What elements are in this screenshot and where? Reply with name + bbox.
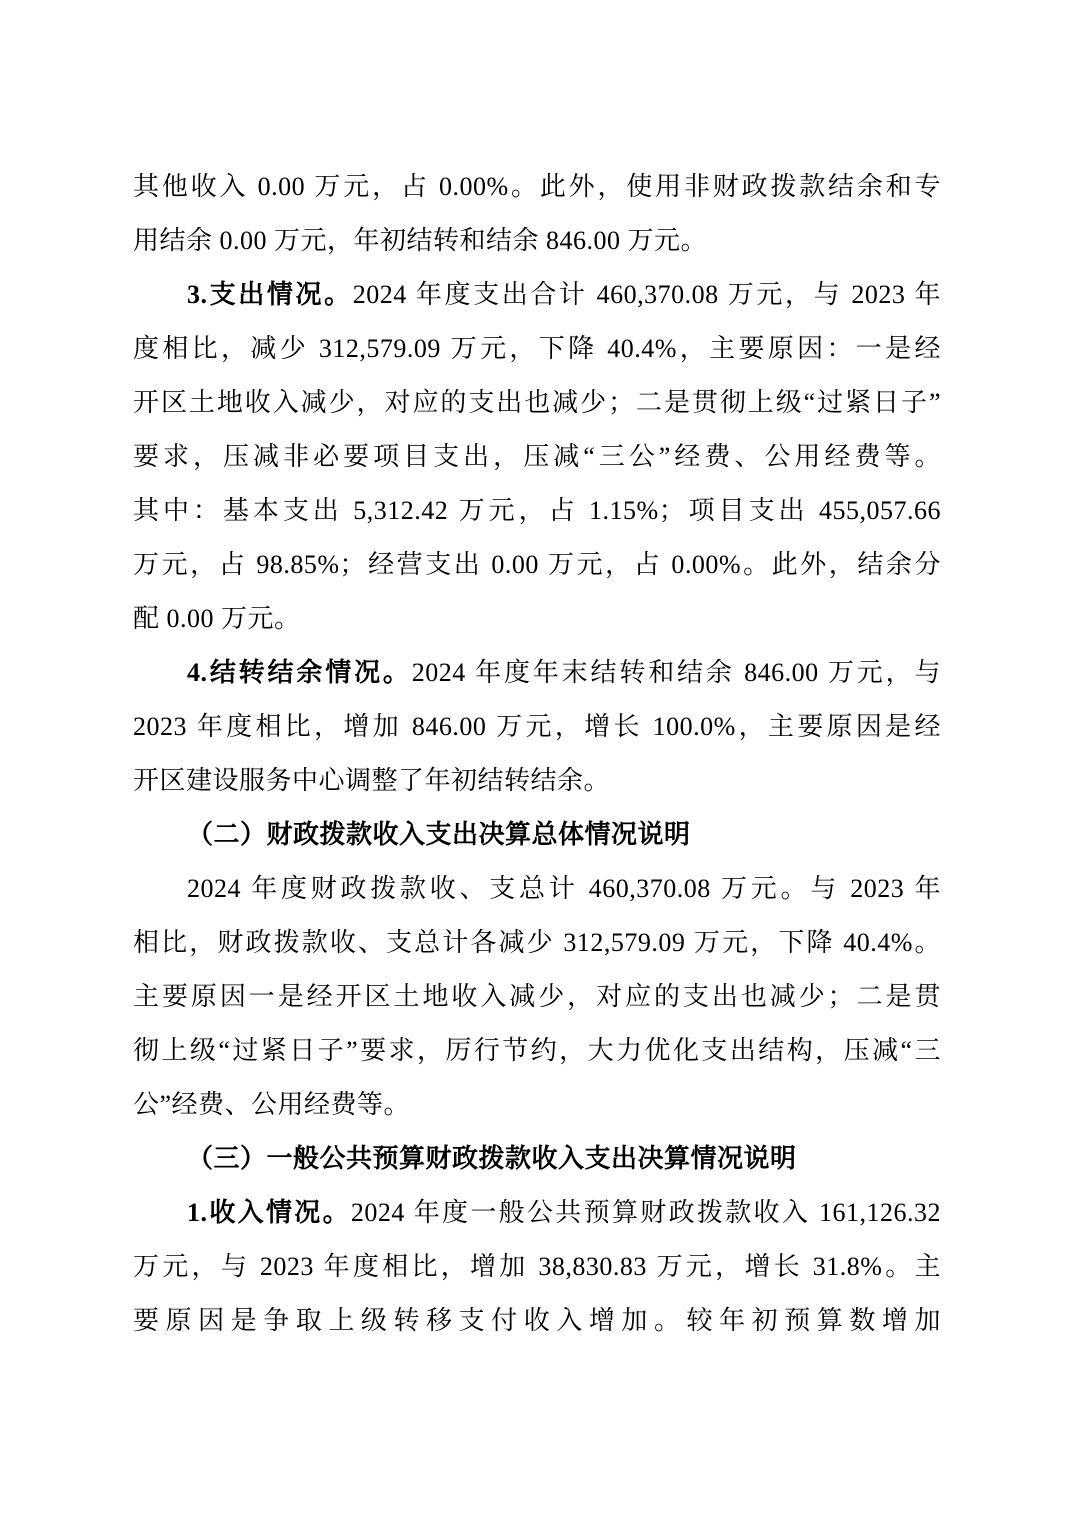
text-line: 要求，压减非必要项目支出，压减“三公”经费、公用经费等。 — [133, 430, 941, 484]
text-run: 要求，压减非必要项目支出，压减“三公”经费、公用经费等。 — [133, 442, 941, 471]
text-line: （二）财政拨款收入支出决算总体情况说明 — [133, 808, 941, 862]
text-run: 2023 年度相比，增加 846.00 万元，增长 100.0%，主要原因是经 — [133, 712, 941, 741]
text-line: 公”经费、公用经费等。 — [133, 1078, 941, 1132]
text-line: （三）一般公共预算财政拨款收入支出决算情况说明 — [133, 1132, 941, 1186]
text-line: 相比，财政拨款收、支总计各减少 312,579.09 万元，下降 40.4%。 — [133, 916, 941, 970]
text-run: 其他收入 0.00 万元，占 0.00%。此外，使用非财政拨款结余和专 — [133, 172, 941, 201]
text-line: 其他收入 0.00 万元，占 0.00%。此外，使用非财政拨款结余和专 — [133, 160, 941, 214]
text-line: 度相比，减少 312,579.09 万元，下降 40.4%，主要原因：一是经 — [133, 322, 941, 376]
text-run: 其中：基本支出 5,312.42 万元，占 1.15%；项目支出 455,057… — [133, 496, 941, 525]
text-line: 2024 年度财政拨款收、支总计 460,370.08 万元。与 2023 年 — [133, 862, 941, 916]
text-run: 2024 年度财政拨款收、支总计 460,370.08 万元。与 2023 年 — [187, 874, 941, 903]
text-run: 2024 年度支出合计 460,370.08 万元，与 2023 年 — [353, 280, 941, 309]
text-run: 2024 年度一般公共预算财政拨款收入 161,126.32 — [351, 1198, 941, 1227]
text-line: 要原因是争取上级转移支付收入增加。较年初预算数增加 — [133, 1294, 941, 1348]
text-line: 其中：基本支出 5,312.42 万元，占 1.15%；项目支出 455,057… — [133, 484, 941, 538]
bold-text-run: 3.支出情况。 — [187, 280, 353, 309]
bold-text-run: 4.结转结余情况。 — [187, 658, 412, 687]
text-run: 公”经费、公用经费等。 — [133, 1090, 410, 1119]
text-run: 开区建设服务中心调整了年初结转结余。 — [133, 766, 610, 795]
text-run: 万元，占 98.85%；经营支出 0.00 万元，占 0.00%。此外，结余分 — [133, 550, 941, 579]
text-line: 主要原因一是经开区土地收入减少，对应的支出也减少；二是贯 — [133, 970, 941, 1024]
text-line: 2023 年度相比，增加 846.00 万元，增长 100.0%，主要原因是经 — [133, 700, 941, 754]
document-page: 其他收入 0.00 万元，占 0.00%。此外，使用非财政拨款结余和专用结余 0… — [0, 0, 1075, 1520]
text-run: 用结余 0.00 万元，年初结转和结余 846.00 万元。 — [133, 226, 707, 255]
text-line: 万元，占 98.85%；经营支出 0.00 万元，占 0.00%。此外，结余分 — [133, 538, 941, 592]
text-line: 开区建设服务中心调整了年初结转结余。 — [133, 754, 941, 808]
text-line: 配 0.00 万元。 — [133, 592, 941, 646]
document-text-block: 其他收入 0.00 万元，占 0.00%。此外，使用非财政拨款结余和专用结余 0… — [133, 160, 941, 1348]
text-line: 用结余 0.00 万元，年初结转和结余 846.00 万元。 — [133, 214, 941, 268]
text-run: 相比，财政拨款收、支总计各减少 312,579.09 万元，下降 40.4%。 — [133, 928, 941, 957]
bold-text-run: （三）一般公共预算财政拨款收入支出决算情况说明 — [187, 1144, 797, 1173]
text-line: 彻上级“过紧日子”要求，厉行节约，大力优化支出结构，压减“三 — [133, 1024, 941, 1078]
bold-text-run: （二）财政拨款收入支出决算总体情况说明 — [187, 820, 691, 849]
text-run: 彻上级“过紧日子”要求，厉行节约，大力优化支出结构，压减“三 — [133, 1036, 941, 1065]
text-line: 开区土地收入减少，对应的支出也减少；二是贯彻上级“过紧日子” — [133, 376, 941, 430]
text-run: 开区土地收入减少，对应的支出也减少；二是贯彻上级“过紧日子” — [133, 388, 941, 417]
text-run: 主要原因一是经开区土地收入减少，对应的支出也减少；二是贯 — [133, 982, 941, 1011]
text-run: 要原因是争取上级转移支付收入增加。较年初预算数增加 — [133, 1306, 941, 1335]
text-line: 万元，与 2023 年度相比，增加 38,830.83 万元，增长 31.8%。… — [133, 1240, 941, 1294]
text-line: 3.支出情况。2024 年度支出合计 460,370.08 万元，与 2023 … — [133, 268, 941, 322]
text-line: 4.结转结余情况。2024 年度年末结转和结余 846.00 万元，与 — [133, 646, 941, 700]
text-run: 2024 年度年末结转和结余 846.00 万元，与 — [412, 658, 941, 687]
bold-text-run: 1.收入情况。 — [187, 1198, 351, 1227]
text-run: 配 0.00 万元。 — [133, 604, 301, 633]
text-line: 1.收入情况。2024 年度一般公共预算财政拨款收入 161,126.32 — [133, 1186, 941, 1240]
text-run: 度相比，减少 312,579.09 万元，下降 40.4%，主要原因：一是经 — [133, 334, 941, 363]
text-run: 万元，与 2023 年度相比，增加 38,830.83 万元，增长 31.8%。… — [133, 1252, 941, 1281]
